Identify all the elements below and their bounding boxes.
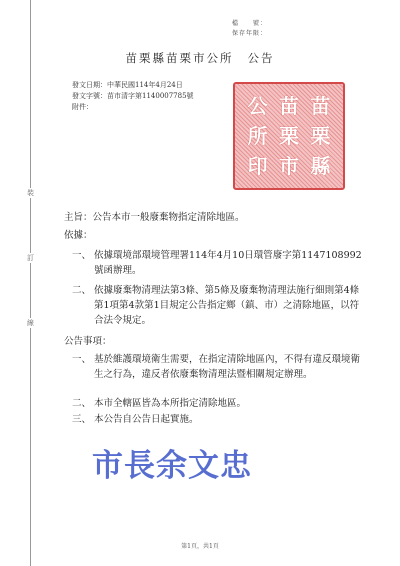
notice-item-number: 二、 <box>72 396 91 411</box>
notice-item: 二、 本市全轄區皆為本所指定清除地區。 <box>72 396 362 411</box>
document-title: 苗栗縣苗栗市公所公告 <box>0 50 400 66</box>
attachment-label: 附件： <box>72 103 93 111</box>
attachment: 附件： <box>72 102 93 112</box>
document-type: 公告 <box>248 51 275 65</box>
basis-item-text: 依據廢棄物清理法第3條、第5條及廢棄物清理法施行細則第4條第1項第4款第1目規定… <box>94 283 362 328</box>
basis-item: 一、 依據環境部環境管理署114年4月10日環管廢字第1147108992號函辦… <box>72 248 362 278</box>
retention-label: 保存年限： <box>232 28 267 37</box>
seal-char: 公 <box>243 92 272 120</box>
seal-char: 所 <box>243 122 272 150</box>
notice-item-number: 一、 <box>72 352 91 367</box>
seal-char: 苗 <box>274 92 303 120</box>
subject: 主旨：公告本市一般廢棄物指定清除地區。 <box>64 210 364 225</box>
seal-char: 栗 <box>274 122 303 150</box>
notice-item-number: 三、 <box>72 412 91 427</box>
issue-number-value: 苗市清字第1140007785號 <box>107 92 194 100</box>
seal-char: 苗 <box>306 92 335 120</box>
notice-label: 公告事項： <box>64 334 364 349</box>
official-seal: 公 苗 苗 所 栗 栗 印 市 縣 <box>233 82 345 190</box>
basis-item-text: 依據環境部環境管理署114年4月10日環管廢字第1147108992號函辦理。 <box>94 248 362 278</box>
seal-char: 市 <box>274 152 303 180</box>
binding-mark-xian: 線 <box>24 318 37 328</box>
issue-date-label: 發文日期： <box>72 81 107 89</box>
basis-item-number: 一、 <box>72 248 91 263</box>
issuer-name: 苗栗縣苗栗市公所 <box>126 51 234 65</box>
mayor-signature: 市長余文忠 <box>92 440 252 485</box>
subject-label: 主旨： <box>64 212 93 223</box>
file-number-label: 檔 號： <box>232 18 267 27</box>
basis-label: 依據： <box>64 228 364 243</box>
issue-number-label: 發文字號： <box>72 92 107 100</box>
issue-date: 發文日期：中華民國114年4月24日 <box>72 80 183 90</box>
issue-number: 發文字號：苗市清字第1140007785號 <box>72 91 194 101</box>
notice-item: 一、 基於維護環境衛生需要，在指定清除地區內，不得有違反環境衛生之行為，違反者依… <box>72 352 362 382</box>
subject-text: 公告本市一般廢棄物指定清除地區。 <box>93 212 245 223</box>
binding-line <box>30 0 31 566</box>
notice-item: 三、 本公告自公告日起實施。 <box>72 412 362 427</box>
seal-char: 栗 <box>306 122 335 150</box>
seal-char: 印 <box>243 152 272 180</box>
basis-item: 二、 依據廢棄物清理法第3條、第5條及廢棄物清理法施行細則第4條第1項第4款第1… <box>72 283 362 328</box>
notice-item-text: 本公告自公告日起實施。 <box>94 412 362 427</box>
binding-mark-ding: 訂 <box>24 253 37 263</box>
notice-item-text: 本市全轄區皆為本所指定清除地區。 <box>94 396 362 411</box>
issue-date-value: 中華民國114年4月24日 <box>107 81 183 89</box>
notice-item-text: 基於維護環境衛生需要，在指定清除地區內，不得有違反環境衛生之行為，違反者依廢棄物… <box>94 352 362 382</box>
seal-characters: 公 苗 苗 所 栗 栗 印 市 縣 <box>243 92 335 180</box>
binding-mark-zhuang: 裝 <box>24 188 37 198</box>
seal-char: 縣 <box>306 152 335 180</box>
basis-item-number: 二、 <box>72 283 91 298</box>
page-info: 第1頁，共1頁 <box>0 541 400 550</box>
